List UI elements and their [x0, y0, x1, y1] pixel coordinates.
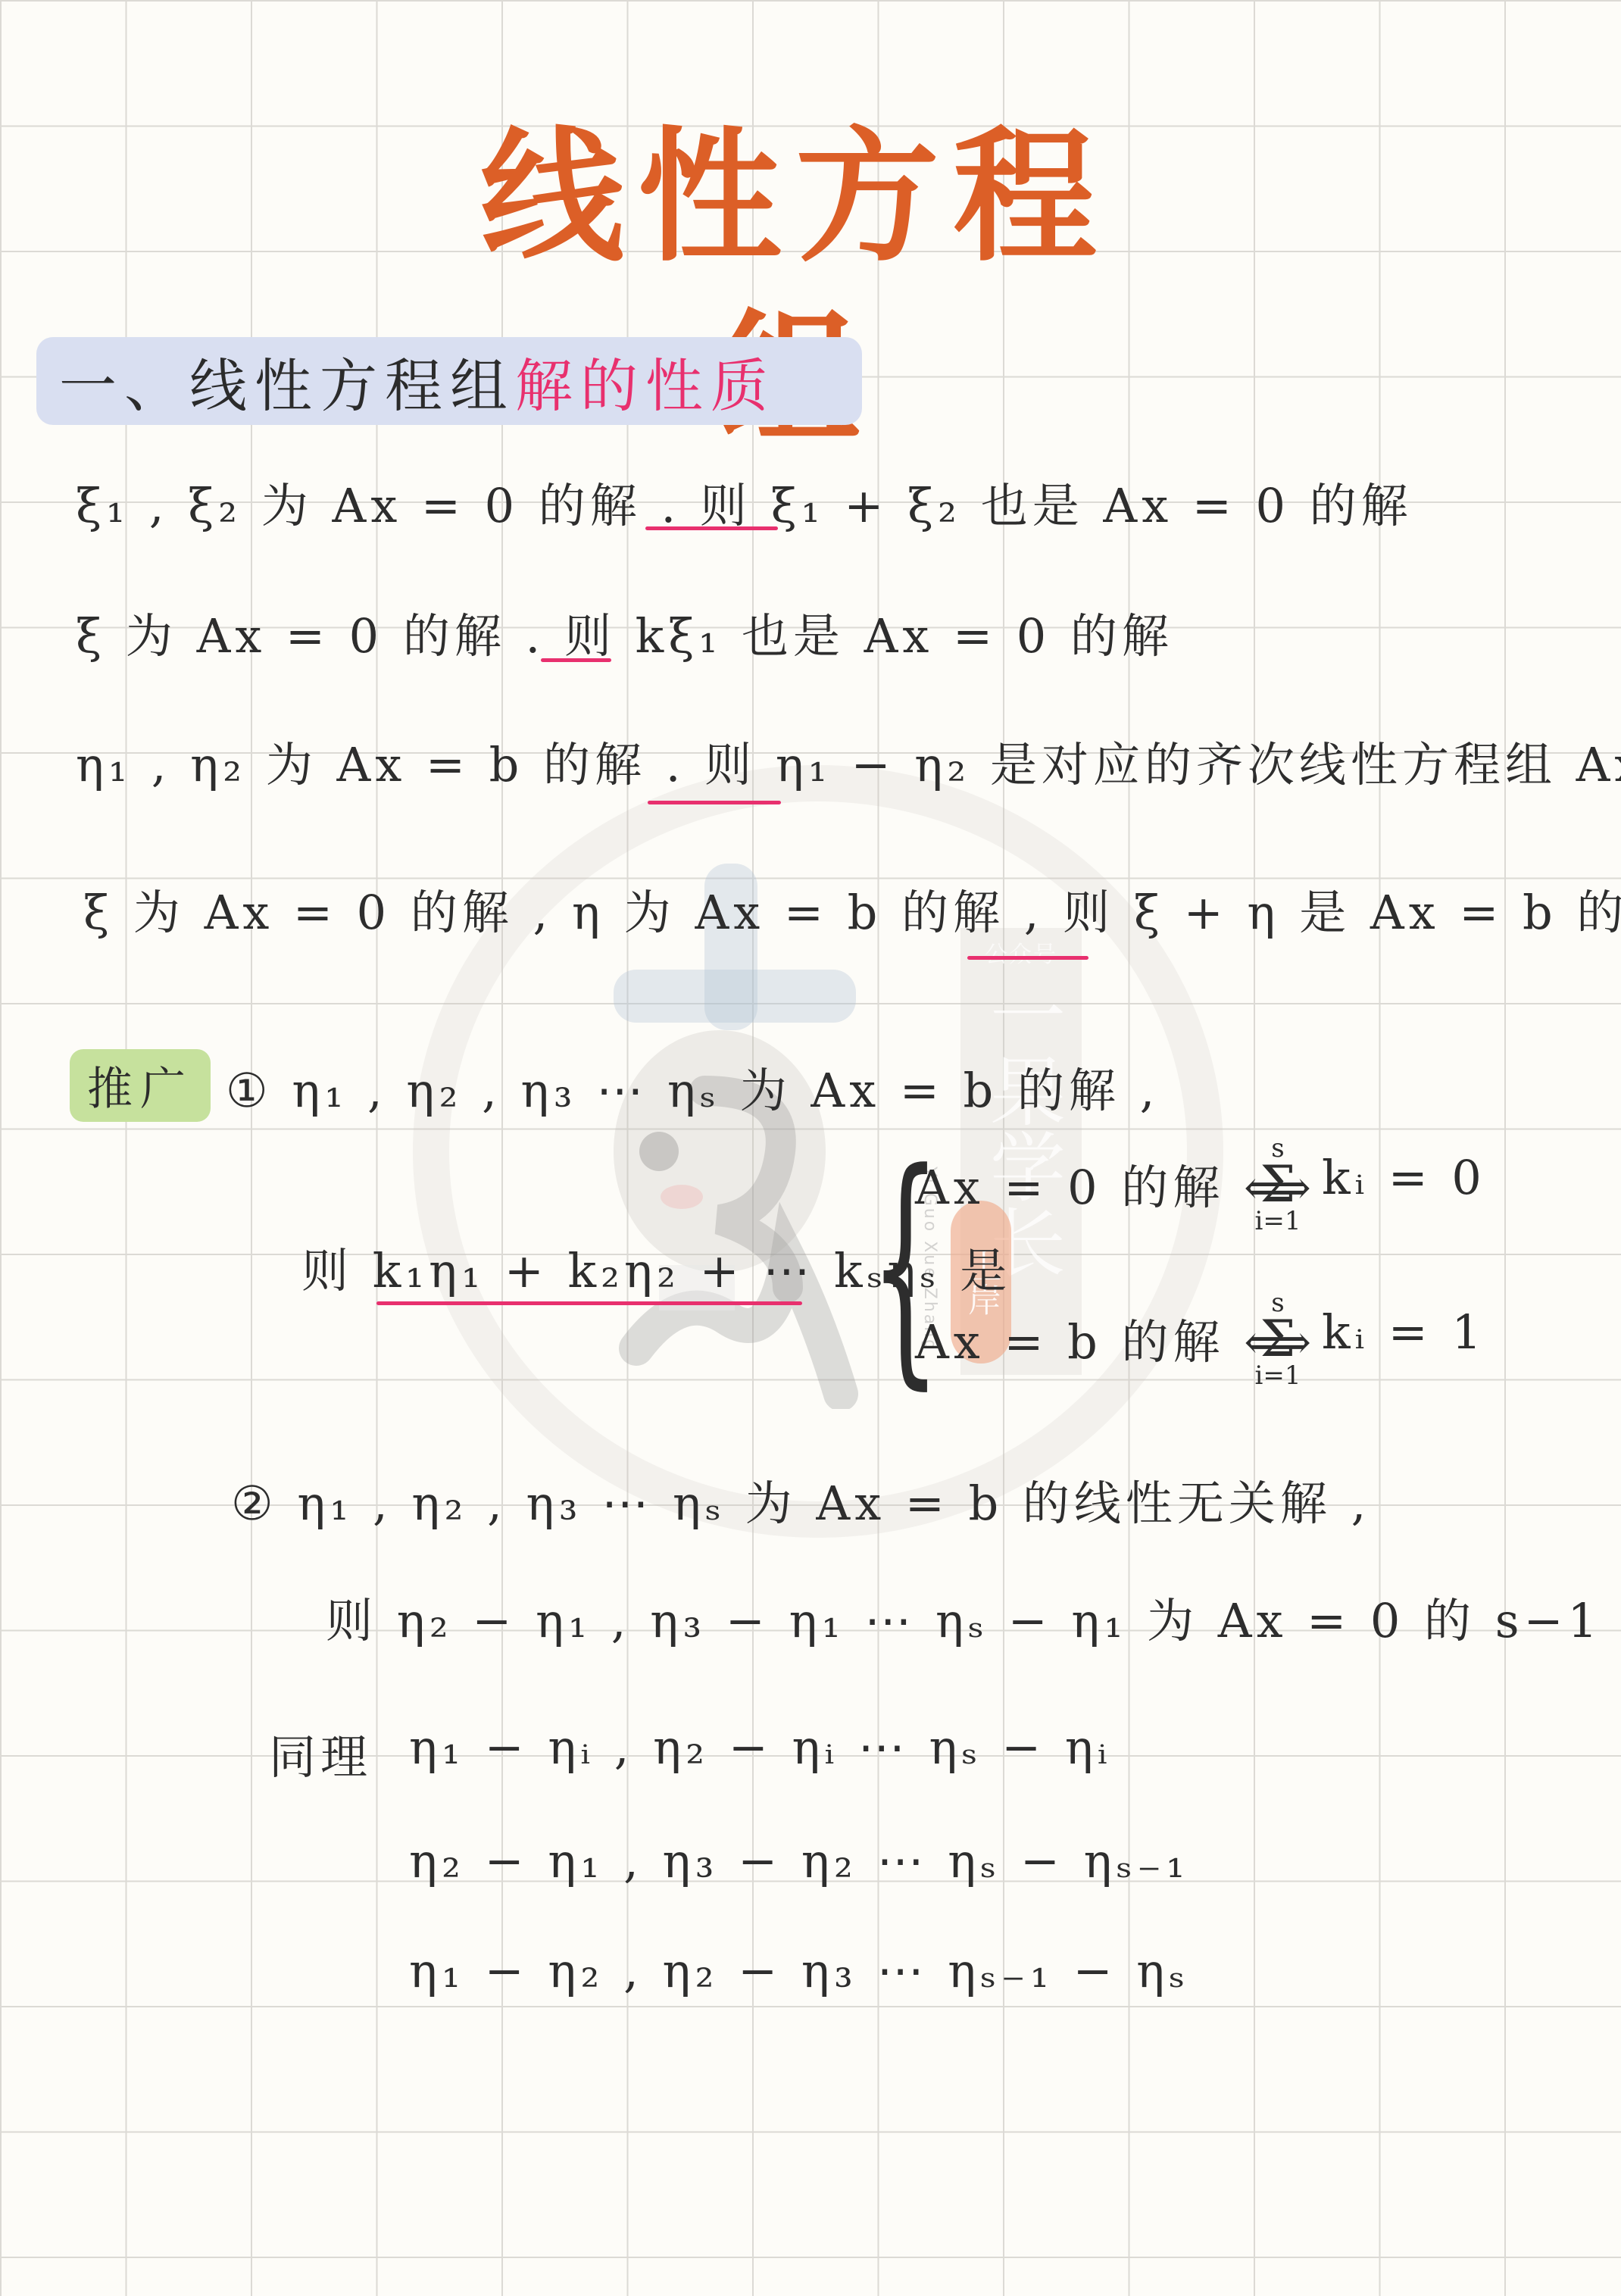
- property-line: η₁ , η₂ 为 Ax = b 的解 . 则 η₁ − η₂ 是对应的齐次线性…: [76, 727, 1621, 795]
- underline-highlight: [645, 526, 778, 530]
- similarly-line: η₂ − η₁ , η₃ − η₂ ⋯ ηₛ − ηₛ₋₁: [409, 1833, 1189, 1888]
- sigma-icon: Σ: [1251, 1317, 1304, 1362]
- sigma-icon: Σ: [1251, 1162, 1304, 1207]
- summation: s Σ i=1: [1251, 1135, 1304, 1235]
- generalization-item2-premise: ② η₁ , η₂ , η₃ ⋯ ηₛ 为 Ax = b 的线性无关解 ,: [231, 1466, 1370, 1533]
- section-label-highlight: 解的性质: [515, 340, 776, 423]
- underline-highlight: [376, 1301, 802, 1305]
- property-line: ξ 为 Ax = 0 的解 . 则 kξ₁ 也是 Ax = 0 的解: [76, 598, 1173, 666]
- sum-expression: kᵢ = 1: [1322, 1304, 1486, 1360]
- property-line: ξ 为 Ax = 0 的解 , η 为 Ax = b 的解 , 则 ξ + η …: [83, 875, 1621, 942]
- sum-lower: i=1: [1251, 1207, 1304, 1235]
- underline-highlight: [541, 658, 611, 662]
- item1-premise-text: η₁ , η₂ , η₃ ⋯ ηₛ 为 Ax = b 的解 ,: [292, 1063, 1159, 1118]
- similarly-line: η₁ − η₂ , η₂ − η₃ ⋯ ηₛ₋₁ − ηₛ: [409, 1943, 1189, 1998]
- summation: s Σ i=1: [1251, 1289, 1304, 1389]
- generalization-item2-conclusion: 则 η₂ − η₁ , η₃ − η₁ ⋯ ηₛ − η₁ 为 Ax = 0 的…: [326, 1583, 1621, 1651]
- property-line: ξ₁ , ξ₂ 为 Ax = 0 的解 . 则 ξ₁ + ξ₂ 也是 Ax = …: [76, 468, 1413, 536]
- item1-lead: 则: [301, 1243, 353, 1298]
- sum-expression: kᵢ = 0: [1322, 1150, 1486, 1205]
- section-number: 一、: [59, 340, 189, 423]
- item-marker-2: ②: [231, 1476, 278, 1531]
- similarly-label: 同理: [269, 1720, 372, 1787]
- underline-highlight: [648, 801, 781, 804]
- underline-highlight: [967, 956, 1088, 960]
- watermark-mascot-icon: [591, 864, 909, 1409]
- similarly-line: η₁ − ηᵢ , η₂ − ηᵢ ⋯ ηₛ − ηᵢ: [409, 1720, 1112, 1775]
- item1-verb: 是: [960, 1243, 1011, 1298]
- item1-combination: k₁η₁ + k₂η₂ + ⋯ kₛηₛ: [373, 1243, 941, 1298]
- item2-premise-text: η₁ , η₂ , η₃ ⋯ ηₛ 为 Ax = b 的线性无关解 ,: [297, 1476, 1370, 1531]
- item-marker-1: ①: [226, 1063, 273, 1118]
- generalization-tag: 推广: [70, 1049, 211, 1122]
- section-header: 一、 线性方程组 解的性质: [36, 337, 862, 425]
- sum-lower: i=1: [1251, 1362, 1304, 1389]
- generalization-item1-premise: ① η₁ , η₂ , η₃ ⋯ ηₛ 为 Ax = b 的解 ,: [226, 1053, 1159, 1120]
- section-label-dark: 线性方程组: [189, 340, 515, 423]
